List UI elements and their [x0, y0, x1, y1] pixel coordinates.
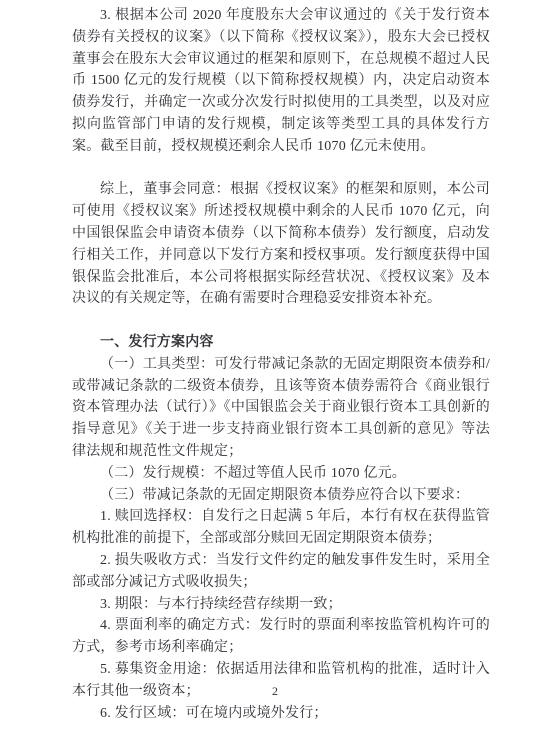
para-loss-absorption: 2. 损失吸收方式：当发行文件约定的触发事件发生时，采用全部或部分减记方式吸收损…	[72, 550, 490, 594]
para-authorization-background: 3. 根据本公司 2020 年度股东大会审议通过的《关于发行资本债券有关授权的议…	[72, 5, 490, 158]
para-term: 3. 期限：与本行持续经营存续期一致；	[72, 594, 490, 616]
para-redemption-option: 1. 赎回选择权：自发行之日起满 5 年后，本行有权在获得监管机构批准的前提下，…	[72, 506, 490, 550]
para-perpetual-bond-requirements: （三）带减记条款的无固定期限资本债券应符合以下要求：	[72, 485, 490, 507]
heading-issuance-plan: 一、发行方案内容	[72, 332, 490, 354]
para-issuance-region: 6. 发行区域：可在境内或境外发行；	[72, 703, 490, 725]
para-issuance-scale: （二）发行规模：不超过等值人民币 1070 亿元。	[72, 463, 490, 485]
para-instrument-type: （一）工具类型：可发行带减记条款的无固定期限资本债券和/或带减记条款的二级资本债…	[72, 354, 490, 463]
document-page: 3. 根据本公司 2020 年度股东大会审议通过的《关于发行资本债券有关授权的议…	[0, 0, 550, 733]
page-number: 2	[0, 684, 550, 699]
document-body: 3. 根据本公司 2020 年度股东大会审议通过的《关于发行资本债券有关授权的议…	[72, 5, 490, 724]
para-coupon-rate: 4. 票面利率的确定方式：发行时的票面利率按监管机构许可的方式，参考市场利率确定…	[72, 615, 490, 659]
para-board-agreement: 综上，董事会同意：根据《授权议案》的框架和原则，本公司可使用《授权议案》所述授权…	[72, 179, 490, 310]
